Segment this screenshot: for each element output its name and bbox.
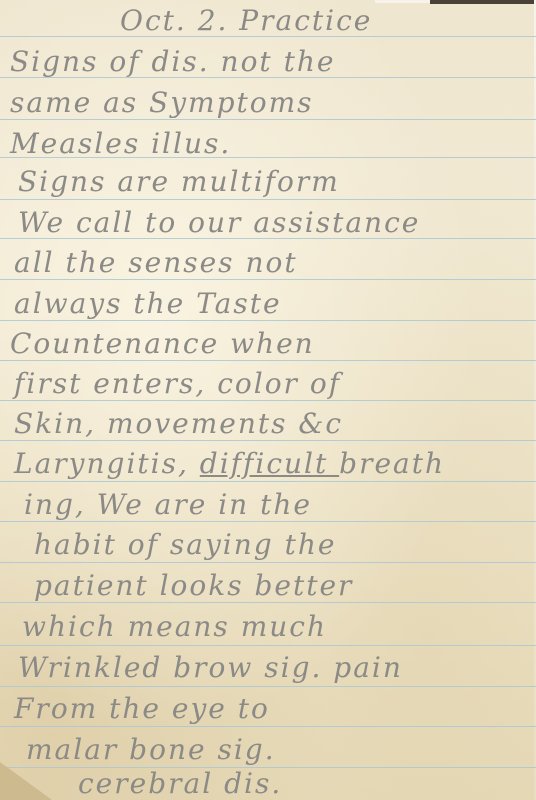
text-line-with-underline: Laryngitis, difficult breath <box>0 443 536 484</box>
handwritten-word: breath <box>339 447 445 480</box>
handwritten-word: difficult <box>200 447 339 480</box>
folded-corner <box>0 762 52 800</box>
text-line: habit of saying the <box>0 524 536 565</box>
text-line: always the Taste <box>0 283 536 324</box>
text-line: patient looks better <box>0 565 536 606</box>
text-line: Signs of dis. not the <box>0 41 536 82</box>
text-line: same as Symptoms <box>0 82 536 123</box>
text-line-date-heading: Oct. 2. Practice <box>0 0 536 41</box>
text-line: Wrinkled brow sig. pain <box>0 647 536 688</box>
text-line: ing, We are in the <box>0 484 536 525</box>
text-line: Skin, movements &c <box>0 403 536 444</box>
text-line: Signs are multiform <box>0 161 536 202</box>
text-line: We call to our assistance <box>0 202 536 243</box>
text-line: Countenance when <box>0 323 536 364</box>
text-line: Measles illus. <box>0 123 536 164</box>
handwritten-word: Laryngitis, <box>14 447 200 480</box>
notebook-page: Oct. 2. Practice Signs of dis. not the s… <box>0 0 536 800</box>
text-line: cerebral dis. <box>0 763 536 800</box>
text-line: From the eye to <box>0 688 536 729</box>
text-line: first enters, color of <box>0 363 536 404</box>
text-line: all the senses not <box>0 242 536 283</box>
text-line: which means much <box>0 606 536 647</box>
